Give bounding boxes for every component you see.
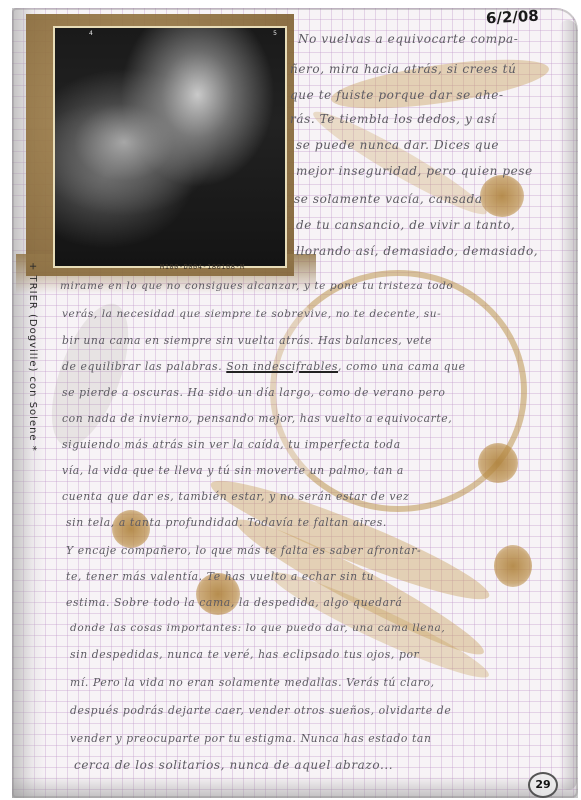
photo-caption: M100-D004-180108-M	[160, 263, 245, 271]
pencil-shading-bottom	[12, 776, 578, 798]
text-line: se puede nunca dar. Dices que	[296, 138, 499, 152]
page-number: 29	[528, 772, 558, 798]
text-line: mirame en lo que no consigues alcanzar, …	[60, 280, 453, 292]
text-line: vender y preocuparte por tu estigma. Nun…	[70, 732, 432, 745]
photo-bed-scene: 4 5	[53, 26, 287, 268]
frame-number-right: 5	[273, 30, 277, 37]
text-line: sin despedidas, nunca te veré, has eclip…	[70, 648, 419, 661]
coffee-drop	[478, 443, 518, 483]
entry-date: 6/2/08	[486, 7, 540, 28]
text-line: estima. Sobre todo la cama, la despedida…	[66, 596, 402, 609]
text-line: mejor inseguridad, pero quien pese	[296, 164, 533, 178]
text-line: Y encaje compañero, lo que más te falta …	[66, 544, 421, 557]
text-line: ñero, mira hacia atrás, si crees tú	[290, 62, 516, 76]
frame-number-left: 4	[89, 30, 93, 37]
underlined-phrase: Son indescifrables	[226, 360, 338, 373]
text-line: cerca de los solitarios, nunca de aquel …	[74, 758, 393, 772]
text-line: llorando así, demasiado, demasiado,	[296, 244, 538, 258]
text-line: se solamente vacía, cansada	[294, 192, 483, 206]
pencil-shading-right	[559, 20, 577, 790]
text-line: vía, la vida que te lleva y tú sin mover…	[62, 464, 404, 477]
text-line: cuenta que dar es, también estar, y no s…	[62, 490, 409, 503]
text-fragment: , como una cama que	[338, 360, 466, 373]
coffee-drop	[494, 545, 532, 587]
coffee-drop	[480, 175, 524, 217]
text-line: verás, la necesidad que siempre te sobre…	[62, 308, 441, 320]
text-line: mí. Pero la vida no eran solamente medal…	[70, 676, 435, 689]
side-note: + TRIER (Dogville) con Solene *	[27, 262, 38, 452]
text-line: siguiendo más atrás sin ver la caída, tu…	[62, 438, 401, 451]
text-line: sin tela, a tanta profundidad. Todavía t…	[66, 516, 387, 529]
text-line: se pierde a oscuras. Ha sido un día larg…	[62, 386, 446, 399]
text-line: No vuelvas a equivocarte compa-	[298, 32, 518, 46]
text-line: de equilibrar las palabras. Son indescif…	[62, 360, 466, 373]
text-line: de tu cansancio, de vivir a tanto,	[296, 218, 515, 232]
text-fragment: de equilibrar las palabras.	[62, 360, 226, 373]
text-line: que te fuiste porque dar se ahe-	[290, 88, 504, 102]
text-line: después podrás dejarte caer, vender otro…	[70, 704, 451, 717]
text-line: donde las cosas importantes: lo que pued…	[70, 622, 445, 634]
text-line: con nada de invierno, pensando mejor, ha…	[62, 412, 452, 425]
text-line: te, tener más valentía. Te has vuelto a …	[66, 570, 374, 583]
text-line: rás. Te tiembla los dedos, y así	[290, 112, 496, 126]
text-line: bir una cama en siempre sin vuelta atrás…	[62, 334, 432, 347]
